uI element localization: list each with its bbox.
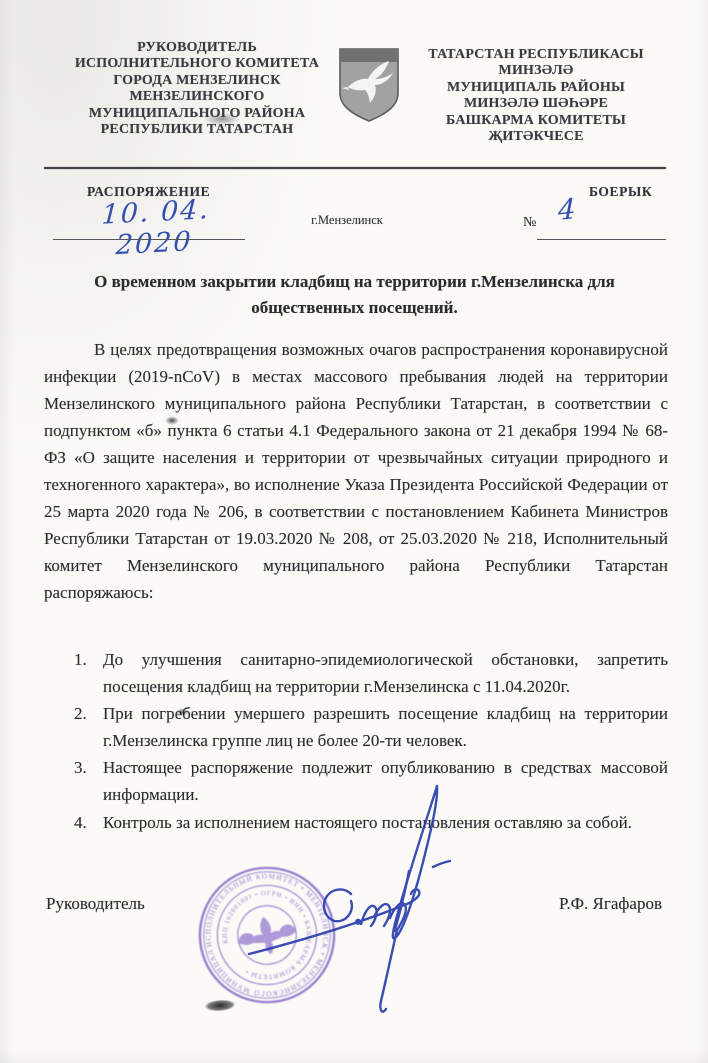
date-underline (53, 239, 245, 240)
list-item-number: 4. (74, 810, 87, 837)
list-item-number: 3. (74, 755, 87, 782)
signer-name: Р.Ф. Ягафаров (559, 894, 662, 914)
official-seal-icon: ИСПОЛНИТЕЛЬНЫЙ КОМИТЕТ • МЕНЗЕЛИНСК • МЕ… (196, 864, 338, 1006)
header-line: БАШКАРМА КОМИТЕТЫ (400, 113, 672, 129)
header-divider-line (44, 167, 666, 169)
coat-of-arms-icon (337, 46, 401, 124)
list-item-text: При погребении умершего разрешить посеще… (103, 704, 668, 750)
header-line: МИНЗӘЛӘ (400, 63, 672, 79)
signer-position: Руководитель (46, 894, 145, 914)
ordered-list: 1. До улучшения санитарно-эпидемиологиче… (74, 647, 668, 837)
header-line: МЕНЗЕЛИНСКОГО (56, 89, 338, 105)
list-item-text: Контроль за исполнением настоящего поста… (103, 813, 632, 832)
header-line: МИНЗӘЛӘ ШӘҺӘРЕ (400, 96, 672, 112)
header-line: ТАТАРСТАН РЕСПУБЛИКАСЫ (400, 47, 672, 63)
list-item: 3. Настоящее распоряжение подлежит опубл… (74, 755, 668, 808)
list-item-text: Настоящее распоряжение подлежит опублико… (103, 758, 668, 804)
header-line: ИСПОЛНИТЕЛЬНОГО КОМИТЕТА (56, 56, 338, 72)
header-line: МУНИЦИПАЛЬ РАЙОНЫ (400, 80, 672, 96)
handwritten-date: 10. 04. 2020 (64, 192, 245, 264)
header-russian-block: РУКОВОДИТЕЛЬ ИСПОЛНИТЕЛЬНОГО КОМИТЕТА ГО… (56, 40, 338, 138)
list-item: 2. При погребении умершего разрешить пос… (74, 701, 668, 754)
header-line: МУНИЦИПАЛЬНОГО РАЙОНА (56, 106, 338, 122)
header-tatar-block: ТАТАРСТАН РЕСПУБЛИКАСЫ МИНЗӘЛӘ МУНИЦИПАЛ… (400, 47, 672, 145)
list-item-number: 2. (74, 701, 87, 728)
list-item: 1. До улучшения санитарно-эпидемиологиче… (74, 647, 668, 700)
document-title: О временном закрытии кладбищ на территор… (62, 269, 647, 320)
list-item: 4. Контроль за исполнением настоящего по… (74, 810, 668, 837)
body-paragraph: В целях предотвращения возможных очагов … (44, 336, 668, 606)
doc-type-tatar: БОЕРЫК (589, 184, 652, 200)
header-line: ҖИТӘКЧЕСЕ (400, 129, 672, 145)
number-underline (537, 239, 666, 240)
header-line: РЕСПУБЛИКИ ТАТАРСТАН (56, 122, 338, 138)
number-sign: № (523, 215, 536, 231)
header-line: ГОРОДА МЕНЗЕЛИНСК (56, 73, 338, 89)
handwritten-number: 4 (558, 192, 576, 227)
place-name: г.Мензелинск (262, 213, 432, 228)
header-line: РУКОВОДИТЕЛЬ (56, 40, 338, 56)
list-item-number: 1. (74, 647, 87, 674)
list-item-text: До улучшения санитарно-эпидемиологическо… (103, 650, 668, 696)
scanned-document-page: РУКОВОДИТЕЛЬ ИСПОЛНИТЕЛЬНОГО КОМИТЕТА ГО… (0, 0, 708, 1063)
